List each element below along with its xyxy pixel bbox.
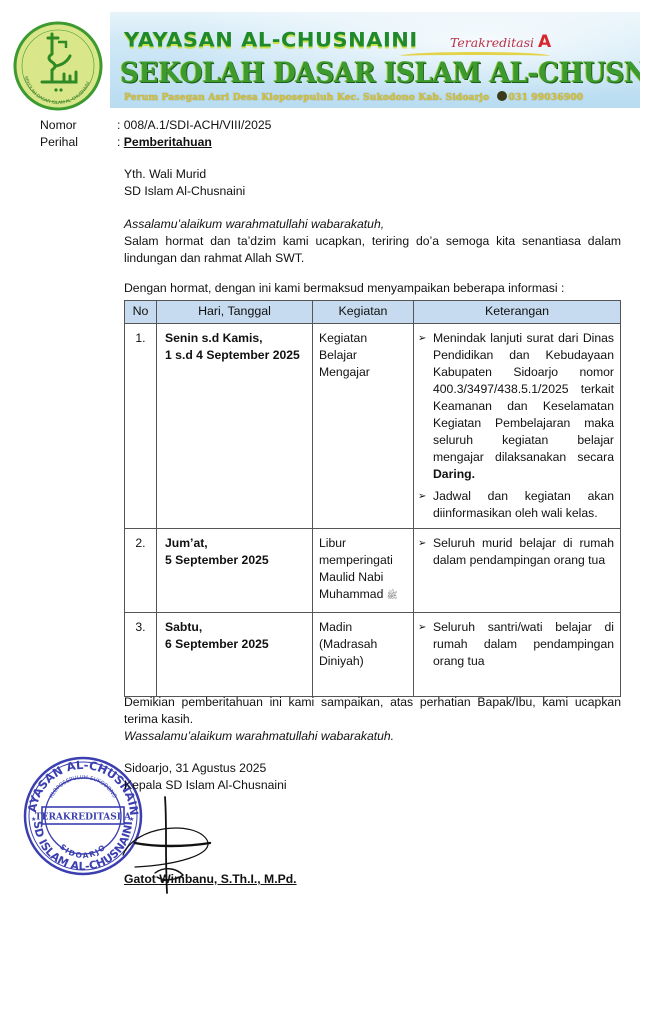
accreditation-label: Terakreditasi (450, 35, 534, 50)
header-activity: Kegiatan (313, 301, 414, 324)
row-date-text: 6 September 2025 (165, 636, 307, 653)
row-date-text: 5 September 2025 (165, 552, 307, 569)
recipient-line-1: Yth. Wali Murid (124, 166, 621, 183)
phone-icon (497, 91, 507, 101)
closing-salam: Wassalamu’alaikum warahmatullahi wabarak… (124, 728, 621, 745)
table-row: 3. Sabtu, 6 September 2025 Madin (Madras… (125, 613, 621, 697)
row-day: Sabtu, (165, 619, 307, 636)
opening-paragraph: Salam hormat dan ta’dzim kami ucapkan, t… (124, 233, 621, 267)
header-date: Hari, Tanggal (157, 301, 313, 324)
letterhead-banner: YAYASAN AL-CHUSNAINI Terakreditasi A SEK… (110, 12, 640, 108)
table-header-row: No Hari, Tanggal Kegiatan Keterangan (125, 301, 621, 324)
table-row: 2. Jum’at, 5 September 2025 Libur memper… (125, 529, 621, 613)
table-row: 1. Senin s.d Kamis, 1 s.d 4 September 20… (125, 324, 621, 529)
note-item: ➢ Seluruh santri/wati belajar di rumah d… (418, 619, 614, 670)
closing-paragraph: Demikian pemberitahuan ini kami sampaika… (124, 694, 621, 728)
schedule-table: No Hari, Tanggal Kegiatan Keterangan 1. … (124, 300, 621, 697)
address-text: Perum Pasegan Asri Desa Kloposepuluh Kec… (124, 92, 489, 103)
school-name: SEKOLAH DASAR ISLAM AL-CHUSNAINI (120, 56, 640, 89)
note-text: Seluruh santri/wati belajar di rumah dal… (433, 619, 614, 670)
nomor-label: Nomor (40, 117, 117, 134)
row-no: 2. (125, 529, 157, 613)
recipient: Yth. Wali Murid SD Islam Al-Chusnaini (124, 166, 621, 200)
row-notes: ➢ Seluruh murid belajar di rumah dalam p… (414, 529, 621, 613)
note-text: Jadwal dan kegiatan akan diinformasikan … (433, 488, 614, 522)
signature-block: Sidoarjo, 31 Agustus 2025 Kepala SD Isla… (124, 760, 287, 794)
arrow-bullet-icon: ➢ (418, 619, 433, 670)
row-date: Senin s.d Kamis, 1 s.d 4 September 2025 (157, 324, 313, 529)
perihal-value: Pemberitahuan (124, 134, 212, 151)
signer-position: Kepala SD Islam Al-Chusnaini (124, 777, 287, 794)
note-emphasis: Daring. (433, 467, 475, 481)
closing: Demikian pemberitahuan ini kami sampaika… (124, 694, 621, 745)
row-notes: ➢ Menindak lanjuti surat dari Dinas Pend… (414, 324, 621, 529)
letter-meta: Nomor : 008/A.1/SDI-ACH/VIII/2025 Periha… (40, 117, 271, 151)
row-notes: ➢ Seluruh santri/wati belajar di rumah d… (414, 613, 621, 697)
row-date: Sabtu, 6 September 2025 (157, 613, 313, 697)
place-date: Sidoarjo, 31 Agustus 2025 (124, 760, 287, 777)
arrow-bullet-icon: ➢ (418, 488, 433, 522)
saw-symbol-icon: ﷺ (387, 590, 398, 600)
note-item: ➢ Seluruh murid belajar di rumah dalam p… (418, 535, 614, 569)
intro-line: Dengan hormat, dengan ini kami bermaksud… (124, 280, 621, 297)
row-activity: Madin (Madrasah Diniyah) (313, 613, 414, 697)
activity-text: Libur memperingati Maulid Nabi Muhammad (319, 536, 393, 601)
school-logo-icon: SEKOLAH DASAR ISLAM AL-CHUSNAINI (12, 20, 104, 112)
signer-name: Gatot Wimbanu, S.Th.I., M.Pd. (124, 872, 297, 886)
foundation-name: YAYASAN AL-CHUSNAINI (124, 29, 418, 52)
opening: Assalamu’alaikum warahmatullahi wabaraka… (124, 216, 621, 267)
arrow-bullet-icon: ➢ (418, 330, 433, 483)
opening-salam: Assalamu’alaikum warahmatullahi wabaraka… (124, 216, 621, 233)
row-date-text: 1 s.d 4 September 2025 (165, 347, 307, 364)
svg-text:★: ★ (31, 816, 36, 823)
perihal-row: Perihal : Pemberitahuan (40, 134, 271, 151)
row-day: Senin s.d Kamis, (165, 330, 307, 347)
row-activity: Kegiatan Belajar Mengajar (313, 324, 414, 529)
recipient-line-2: SD Islam Al-Chusnaini (124, 183, 621, 200)
arrow-bullet-icon: ➢ (418, 535, 433, 569)
nomor-row: Nomor : 008/A.1/SDI-ACH/VIII/2025 (40, 117, 271, 134)
note-text: Menindak lanjuti surat dari Dinas Pendid… (433, 331, 614, 464)
school-address: Perum Pasegan Asri Desa Kloposepuluh Kec… (124, 91, 583, 103)
perihal-colon: : (117, 134, 124, 151)
row-date: Jum’at, 5 September 2025 (157, 529, 313, 613)
letterhead: SEKOLAH DASAR ISLAM AL-CHUSNAINI YAYASAN… (0, 0, 667, 112)
note-text: Seluruh murid belajar di rumah dalam pen… (433, 535, 614, 569)
perihal-label: Perihal (40, 134, 117, 151)
accreditation-badge: Terakreditasi A (450, 32, 551, 52)
note-item: ➢ Menindak lanjuti surat dari Dinas Pend… (418, 330, 614, 483)
header-no: No (125, 301, 157, 324)
row-no: 3. (125, 613, 157, 697)
phone-number: 031 99036900 (509, 92, 584, 103)
header-notes: Keterangan (414, 301, 621, 324)
accreditation-grade: A (538, 32, 551, 52)
nomor-value: : 008/A.1/SDI-ACH/VIII/2025 (117, 117, 271, 134)
row-activity: Libur memperingati Maulid Nabi Muhammad … (313, 529, 414, 613)
row-no: 1. (125, 324, 157, 529)
note-item: ➢ Jadwal dan kegiatan akan diinformasika… (418, 488, 614, 522)
row-day: Jum’at, (165, 535, 307, 552)
